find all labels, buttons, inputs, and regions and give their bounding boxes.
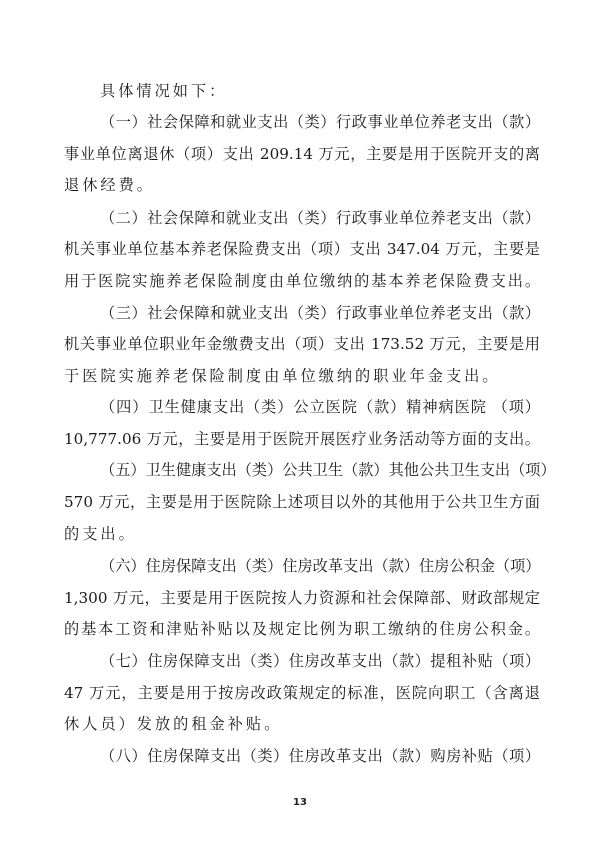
paragraph-2-line-1: （二）社会保障和就业支出（类）行政事业单位养老支出（款） xyxy=(64,206,540,230)
paragraph-1-line-1: （一）社会保障和就业支出（类）行政事业单位养老支出（款） xyxy=(64,110,540,134)
paragraph-2-line-3: 用于医院实施养老保险制度由单位缴纳的基本养老保险费支出。 xyxy=(64,269,540,293)
paragraph-6-line-3: 的基本工资和津贴补贴以及规定比例为职工缴纳的住房公积金。 xyxy=(64,617,540,641)
intro-line: 具体情况如下： xyxy=(64,79,540,103)
paragraph-7-line-1: （七）住房保障支出（类）住房改革支出（款）提租补贴（项） xyxy=(64,649,540,673)
paragraph-6-line-2: 1,300 万元，主要是用于医院按人力资源和社会保障部、财政部规定 xyxy=(64,586,540,610)
paragraph-8-line-1: （八）住房保障支出（类）住房改革支出（款）购房补贴（项） xyxy=(64,744,540,768)
paragraph-7-line-2: 47 万元，主要是用于按房改政策规定的标准，医院向职工（含离退 xyxy=(64,681,540,705)
paragraph-4-line-1: （四）卫生健康支出（类）公立医院（款）精神病医院 （项） xyxy=(64,395,540,419)
paragraph-1-line-3: 退休经费。 xyxy=(64,173,540,197)
paragraph-5-line-2: 570 万元，主要是用于医院除上述项目以外的其他用于公共卫生方面 xyxy=(64,490,540,514)
page-number: 13 xyxy=(0,797,600,808)
paragraph-5-line-1: （五）卫生健康支出（类）公共卫生（款）其他公共卫生支出（项） xyxy=(64,458,540,482)
paragraph-3-line-3: 于医院实施养老保险制度由单位缴纳的职业年金支出。 xyxy=(64,364,540,388)
paragraph-3-line-1: （三）社会保障和就业支出（类）行政事业单位养老支出（款） xyxy=(64,301,540,325)
paragraph-4-line-2: 10,777.06 万元，主要是用于医院开展医疗业务活动等方面的支出。 xyxy=(64,427,540,451)
paragraph-1-line-2: 事业单位离退休（项）支出 209.14 万元，主要是用于医院开支的离 xyxy=(64,142,540,166)
paragraph-6-line-1: （六）住房保障支出（类）住房改革支出（款）住房公积金（项） xyxy=(64,554,540,578)
paragraph-2-line-2: 机关事业单位基本养老保险费支出（项）支出 347.04 万元，主要是 xyxy=(64,237,540,261)
paragraph-7-line-3: 休人员）发放的租金补贴。 xyxy=(64,712,540,736)
paragraph-5-line-3: 的支出。 xyxy=(64,522,540,546)
paragraph-3-line-2: 机关事业单位职业年金缴费支出（项）支出 173.52 万元，主要是用 xyxy=(64,332,540,356)
